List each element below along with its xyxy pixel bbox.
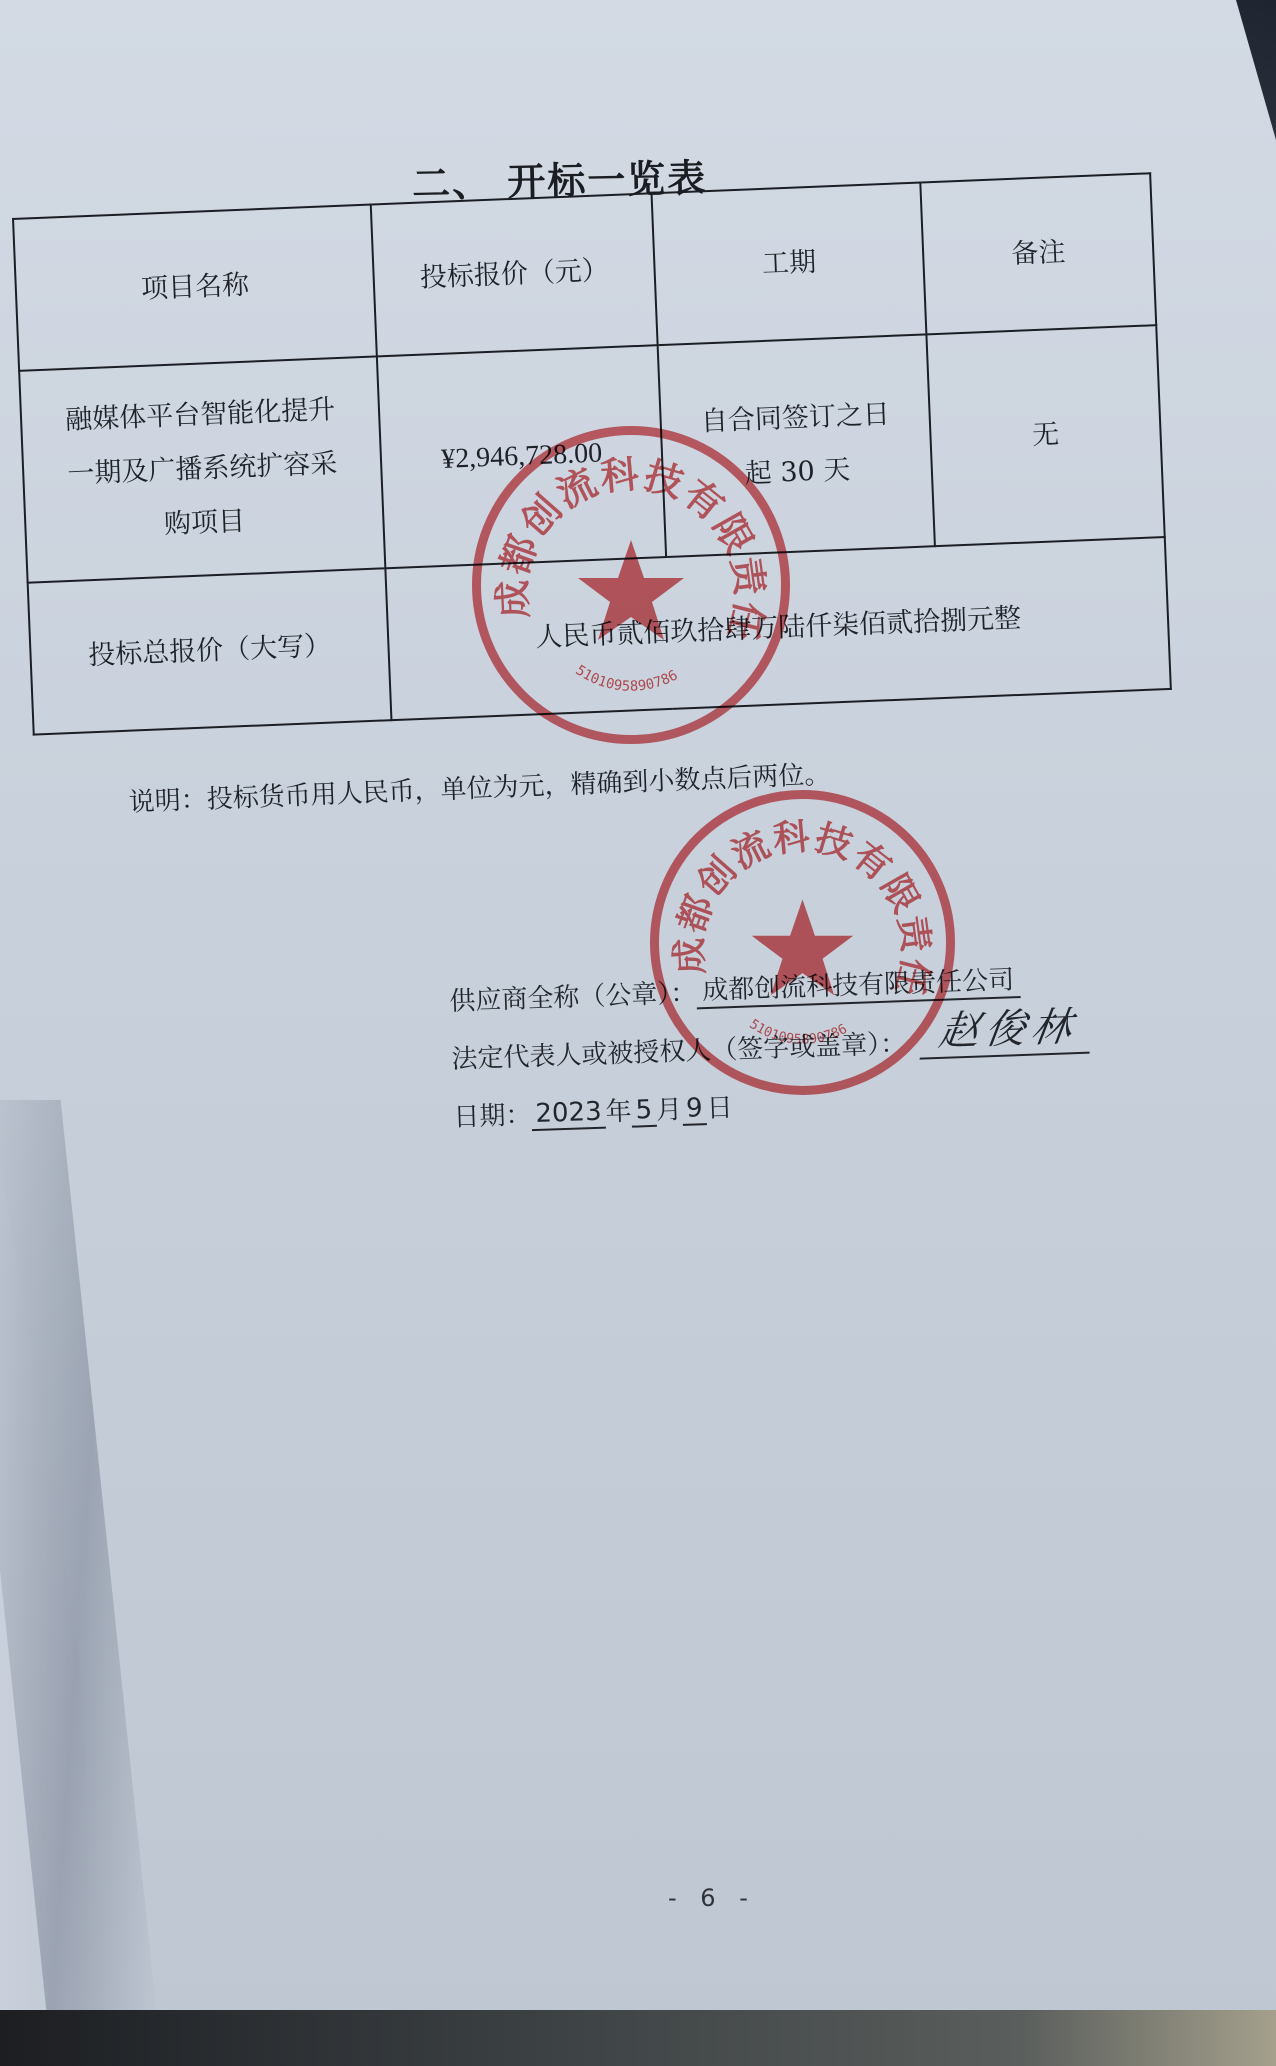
date-day: 9 [682,1093,708,1126]
project-name-line: 一期及广播系统扩容采 [34,442,372,497]
svg-text:5101095890786: 5101095890786 [573,662,681,694]
date-month-unit: 月 [655,1089,682,1127]
page-number: - 6 - [668,1884,756,1912]
company-seal-icon: 成都创流科技有限责任公司 5101095890786 [650,790,955,1095]
seal-star-icon [752,899,853,995]
cell-remarks: 无 [927,325,1165,546]
cell-project-name: 融媒体平台智能化提升 一期及广播系统扩容采 购项目 [19,356,386,582]
company-seal-icon: 成都创流科技有限责任公司 5101095890786 [472,426,790,744]
seal-serial: 5101095890786 [573,662,681,694]
project-name-line: 购项目 [36,496,374,551]
header-project-name: 项目名称 [13,205,377,371]
project-name-line: 融媒体平台智能化提升 [31,388,369,443]
date-year-unit: 年 [605,1091,632,1129]
date-year: 2023 [531,1097,606,1132]
date-label: 日期： [453,1094,532,1134]
seal-graphic: 成都创流科技有限责任公司 5101095890786 [659,799,946,1086]
header-remarks: 备注 [921,173,1157,334]
seal-star-icon [578,540,684,640]
cell-total-label: 投标总报价（大写） [28,568,392,734]
background-surface [0,2010,1276,2066]
date-month: 5 [631,1095,657,1128]
seal-graphic: 成都创流科技有限责任公司 5101095890786 [481,435,781,735]
svg-text:5101095890786: 5101095890786 [746,1017,849,1048]
seal-serial: 5101095890786 [746,1017,849,1048]
header-duration: 工期 [652,183,927,346]
header-bid-price: 投标报价（元） [371,193,658,356]
date-day-unit: 日 [706,1087,733,1125]
handwritten-signature: 赵俊林 [920,994,1098,1059]
